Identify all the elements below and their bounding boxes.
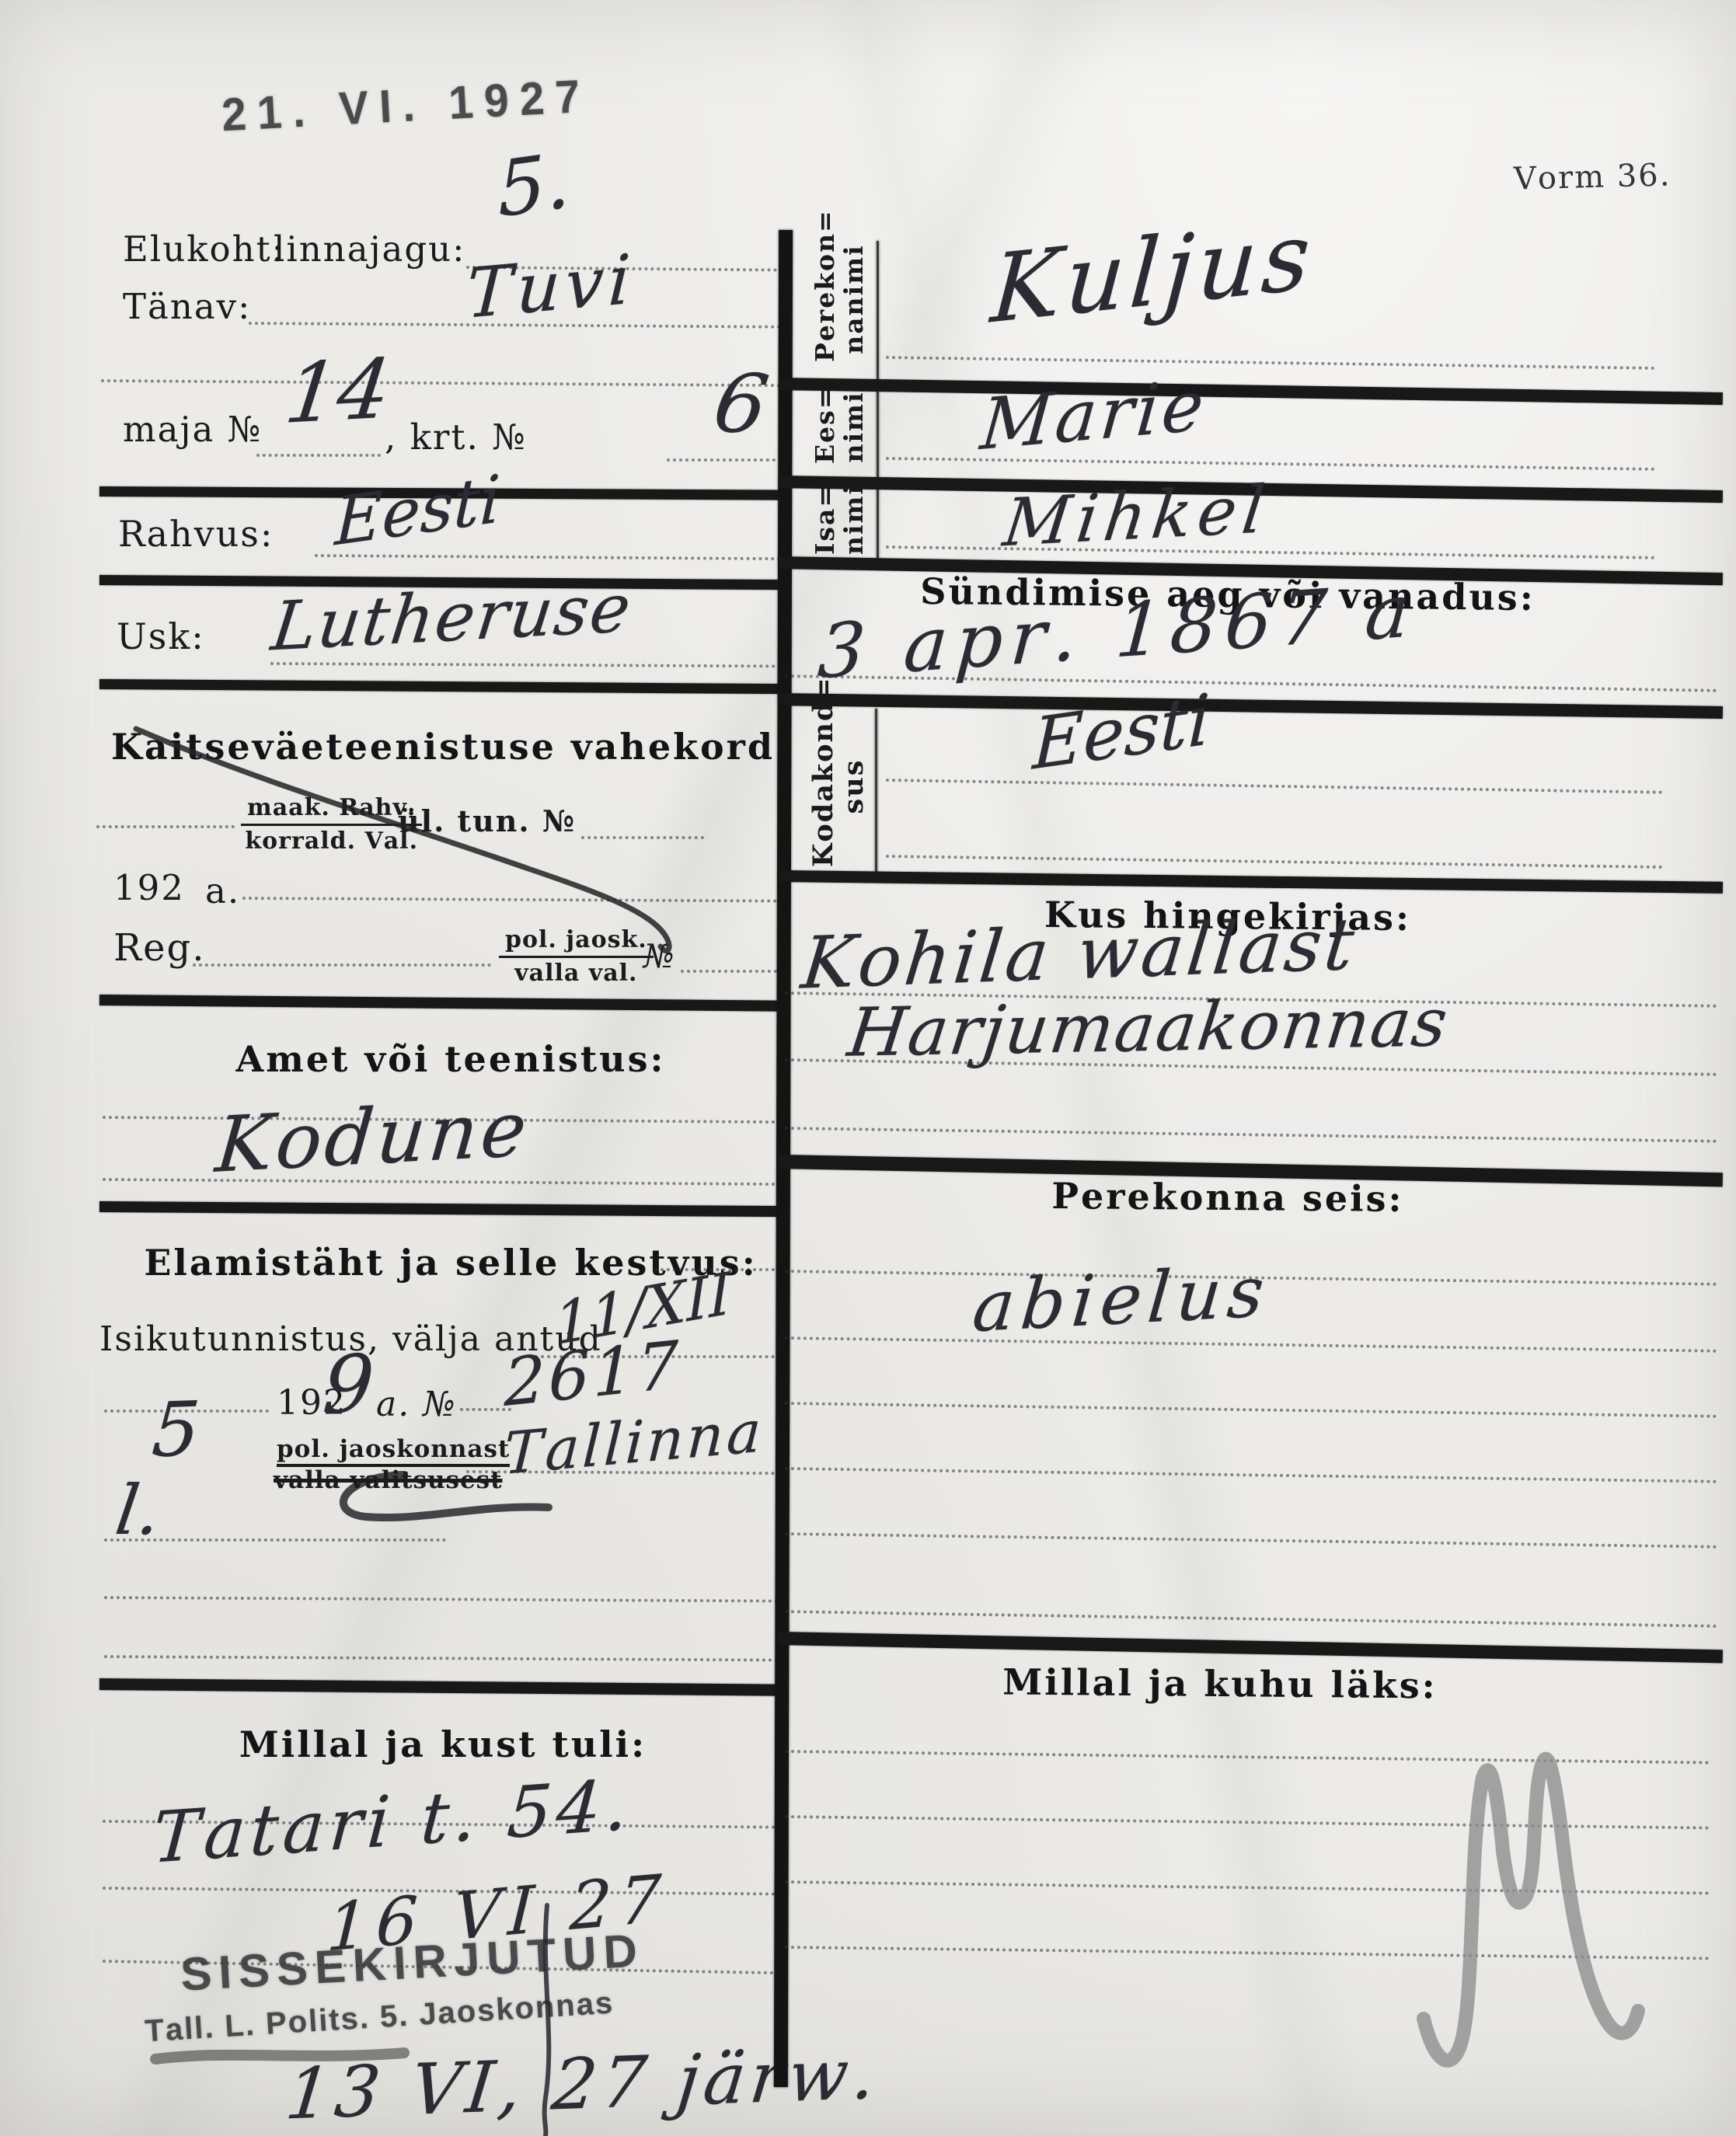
dotted-line <box>886 356 1655 370</box>
maja-label: maja № <box>123 412 262 447</box>
kodakondsus-label: Kodakond= sus <box>808 706 869 867</box>
seis-heading: Perekonna seis: <box>894 1176 1562 1218</box>
form-number: Vorm 36. <box>1514 159 1672 194</box>
kaitse-frac1-bottom: korrald. Val. <box>245 826 418 855</box>
dotted-line <box>104 1655 779 1662</box>
kaitse-no-label: № <box>643 940 676 973</box>
kaitse-frac2-bottom: valla val. <box>514 958 637 988</box>
amet-value: Kodune <box>213 1091 532 1184</box>
dotted-line <box>256 454 381 457</box>
linnajagu-label: linnajagu: <box>274 232 465 267</box>
perekonnanimi-label: Perekon= nanimi <box>811 236 869 362</box>
kodakondsus-label-line2: sus <box>838 706 869 867</box>
dotted-line <box>681 970 783 973</box>
section-rule <box>779 1632 1723 1663</box>
krt-value: 6 <box>709 363 773 447</box>
pencil-mark-m <box>1424 1759 1638 2061</box>
tanav-label: Tänav: <box>123 289 251 324</box>
kaitse-frac1-top: maak. Rahv. <box>241 794 422 826</box>
isanimi-value: Mihkel <box>1000 476 1274 556</box>
isik-no-value: 2617 <box>504 1332 682 1416</box>
isanimi-label-line2: nimi <box>840 490 869 555</box>
perekonnanimi-label-line1: Perekon= <box>811 236 840 362</box>
kaitse-frac2-top: pol. jaosk. <box>499 926 654 958</box>
dotted-line <box>103 1178 776 1186</box>
dotted-line <box>785 1467 1717 1483</box>
dotted-line <box>315 554 781 560</box>
date-stamp: 21. VI. 1927 <box>221 73 592 139</box>
kaitse-year-label: 192 <box>113 870 185 905</box>
dotted-line <box>785 1127 1717 1143</box>
section-rule <box>99 1678 786 1696</box>
kaitse-fraction-1: maak. Rahv. korrald. Val. <box>241 794 422 855</box>
dotted-line <box>667 458 782 462</box>
amet-heading: Amet või teenistus: <box>109 1041 793 1077</box>
isanimi-label-line1: Isa= <box>811 490 840 555</box>
eesnimi-label-line1: Ees= <box>811 390 840 464</box>
kaitse-fraction-2: pol. jaosk. valla val. <box>499 926 654 988</box>
dotted-line <box>101 379 781 387</box>
isanimi-label: Isa= nimi <box>811 490 869 555</box>
tanav-value: Tuvi <box>465 245 636 329</box>
section-rule <box>99 1201 785 1217</box>
usk-value: Lutheruse <box>268 575 636 661</box>
section-rule <box>99 995 785 1012</box>
isik-margin-value: 5 <box>150 1392 203 1468</box>
laks-heading: Millal ja kuhu läks: <box>886 1663 1554 1705</box>
dotted-line <box>785 1402 1717 1418</box>
dotted-line <box>581 836 704 839</box>
perekonnanimi-label-line2: nanimi <box>840 236 869 362</box>
section-rule <box>99 679 785 694</box>
tuli-value-1: Tatari t. 54. <box>151 1770 635 1874</box>
eesnimi-label: Ees= nimi <box>811 390 869 464</box>
document-page: 21. VI. 1927 Vorm 36. 5. Elukoht: linnaj… <box>0 0 1736 2136</box>
dotted-line <box>96 825 235 828</box>
dotted-line <box>785 1610 1717 1628</box>
dotted-line <box>785 1880 1710 1895</box>
reg-label: Reg. <box>113 929 206 967</box>
section-rule <box>779 378 1723 405</box>
linnajagu-value: 5. <box>497 142 571 228</box>
seis-value: abielus <box>970 1257 1273 1343</box>
dotted-line <box>886 779 1663 794</box>
rahvus-value: Eesti <box>334 465 502 555</box>
eesnimi-value: Marie <box>978 371 1210 461</box>
krt-label: , krt. № <box>385 420 527 455</box>
section-rule <box>779 870 1723 894</box>
isik-year-value: 9 <box>320 1345 376 1427</box>
maja-value: 14 <box>281 348 395 436</box>
eesnimi-label-line2: nimi <box>840 390 869 464</box>
dotted-line <box>785 1815 1710 1830</box>
kaitse-heading: Kaitseväeteenistuse vahekord: <box>109 729 793 765</box>
tuli-heading: Millal ja kust tuli: <box>101 1727 785 1762</box>
dotted-line <box>193 963 491 967</box>
dotted-line <box>785 1336 1717 1353</box>
kaitse-a-label: a. <box>205 873 240 908</box>
label-column-rule <box>875 709 877 876</box>
dotted-line <box>242 897 783 903</box>
kodakondsus-label-line1: Kodakond= <box>808 706 838 867</box>
kaitse-ultun-label: ül. tun. № <box>398 807 576 836</box>
dotted-line <box>104 1596 779 1603</box>
elukoht-label: Elukoht: <box>123 232 285 267</box>
isik-note-value: l. <box>112 1476 165 1545</box>
label-column-rule <box>877 241 879 559</box>
dotted-line <box>104 1538 446 1542</box>
dotted-line <box>886 855 1663 869</box>
perekonnanimi-value: Kuljus <box>988 209 1318 337</box>
stamp-date-value: 13 VI, 27 järw. <box>282 2039 883 2130</box>
section-rule <box>779 693 1723 719</box>
dotted-line <box>270 662 782 667</box>
usk-label: Usk: <box>117 618 205 654</box>
dotted-line <box>785 1946 1710 1960</box>
rahvus-label: Rahvus: <box>118 516 274 552</box>
hingekiri-value-1: Kohila wallast <box>798 908 1360 999</box>
kodakondsus-value: Eesti <box>1032 685 1211 780</box>
dotted-line <box>460 1408 511 1411</box>
dotted-line <box>785 1532 1717 1549</box>
dotted-line <box>785 1750 1710 1765</box>
hingekiri-value-2: Harjumaakonnas <box>845 989 1452 1067</box>
isik-src1-label: pol. jaoskonnast <box>277 1437 510 1467</box>
isik-a-label: a. № <box>376 1388 457 1422</box>
